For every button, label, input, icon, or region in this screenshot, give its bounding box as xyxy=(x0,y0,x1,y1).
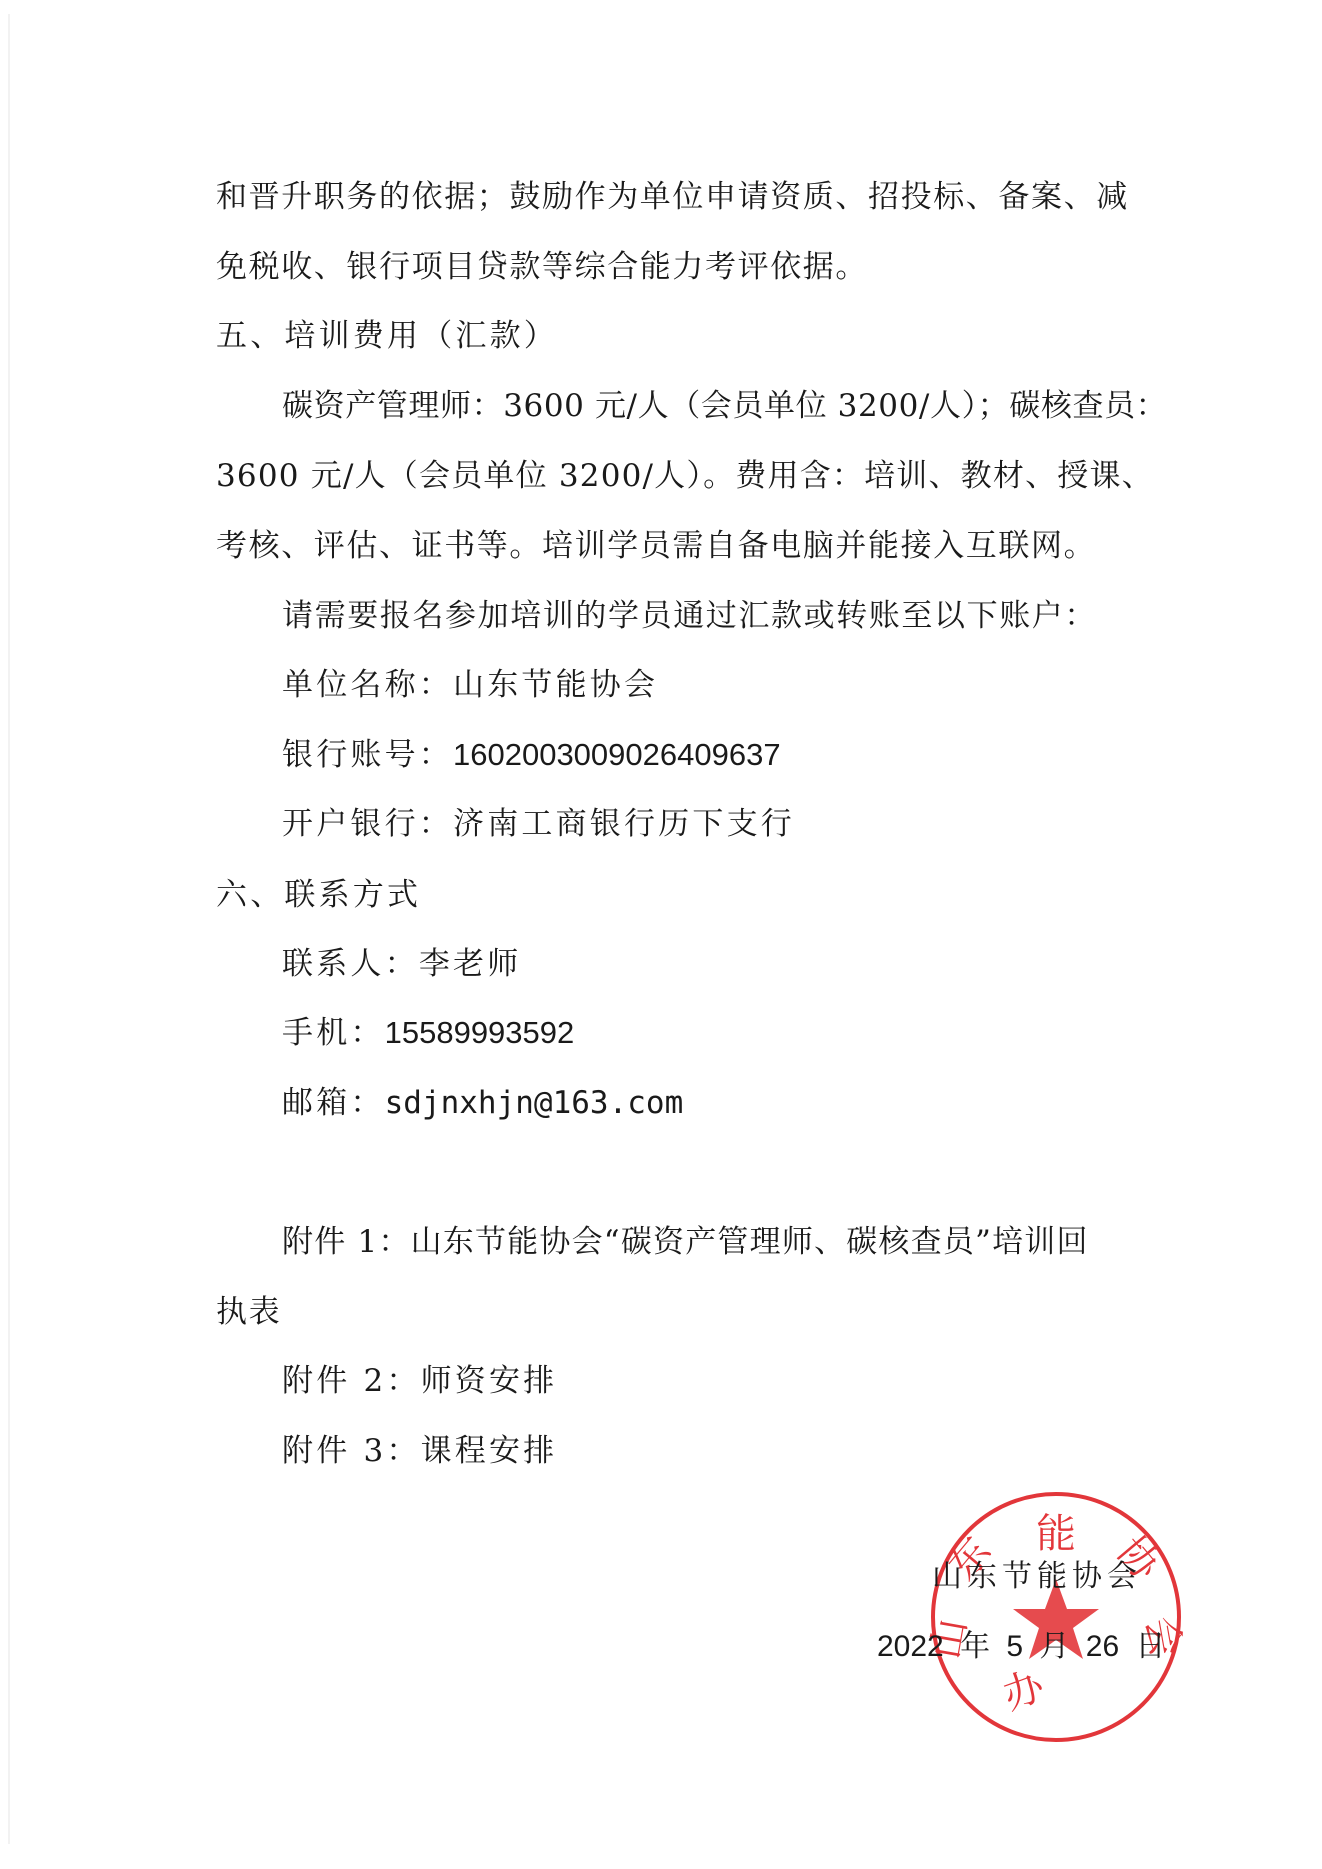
attachment-1-line-2: 执表 xyxy=(216,1294,281,1330)
contact-email-value[interactable]: sdjnxhjn@163.com xyxy=(385,1085,684,1121)
fee-line-1: 碳资产管理师：3600 元/人（会员单位 3200/人）；碳核查员： xyxy=(282,388,1167,424)
contact-email-row: 邮箱：sdjnxhjn@163.com xyxy=(282,1085,683,1121)
stamp-char-2: 能 xyxy=(1036,1511,1076,1557)
account-number-label: 银行账号： xyxy=(282,737,453,773)
attachment-2: 附件 2：师资安排 xyxy=(282,1363,557,1399)
contact-phone-value: 15589993592 xyxy=(385,1015,575,1050)
fee-line-2: 3600 元/人（会员单位 3200/人）。费用含：培训、教材、授课、 xyxy=(216,458,1154,494)
contact-person-row: 联系人：李老师 xyxy=(282,946,521,982)
paragraph-line-2: 免税收、银行项目贷款等综合能力考评依据。 xyxy=(216,249,868,285)
account-name-label: 单位名称： xyxy=(282,667,453,703)
account-name-row: 单位名称：山东节能协会 xyxy=(282,667,658,703)
paragraph-line-1: 和晋升职务的依据；鼓励作为单位申请资质、招投标、备案、减 xyxy=(216,179,1129,215)
contact-person-label: 联系人： xyxy=(282,946,419,982)
page-edge xyxy=(8,14,10,1844)
contact-phone-label: 手机： xyxy=(282,1015,385,1051)
account-number-value: 1602003009026409637 xyxy=(453,737,781,772)
official-seal-stamp: 东 能 协 会 山 办 xyxy=(928,1491,1184,1743)
attachment-1-line-1: 附件 1：山东节能协会“碳资产管理师、碳核查员”培训回 xyxy=(282,1224,1089,1260)
signature-organization: 山东节能协会 xyxy=(932,1559,1142,1595)
account-bank-value: 济南工商银行历下支行 xyxy=(453,806,795,842)
account-bank-row: 开户银行：济南工商银行历下支行 xyxy=(282,806,795,842)
account-number-row: 银行账号：1602003009026409637 xyxy=(282,737,781,773)
contact-person-value: 李老师 xyxy=(419,946,522,982)
attachment-3: 附件 3：课程安排 xyxy=(282,1433,557,1469)
fee-line-3: 考核、评估、证书等。培训学员需自备电脑并能接入互联网。 xyxy=(216,528,1096,564)
section-heading-contact: 六、联系方式 xyxy=(216,877,421,913)
account-name-value: 山东节能协会 xyxy=(453,667,658,703)
section-heading-training-fee: 五、培训费用（汇款） xyxy=(216,318,558,354)
stamp-char-6: 办 xyxy=(997,1662,1052,1720)
account-bank-label: 开户银行： xyxy=(282,806,453,842)
contact-email-label: 邮箱： xyxy=(282,1085,385,1121)
contact-phone-row: 手机：15589993592 xyxy=(282,1015,574,1051)
signature-date: 2022 年 5 月 26 日 xyxy=(877,1629,1165,1665)
transfer-instruction: 请需要报名参加培训的学员通过汇款或转账至以下账户： xyxy=(282,598,1097,634)
